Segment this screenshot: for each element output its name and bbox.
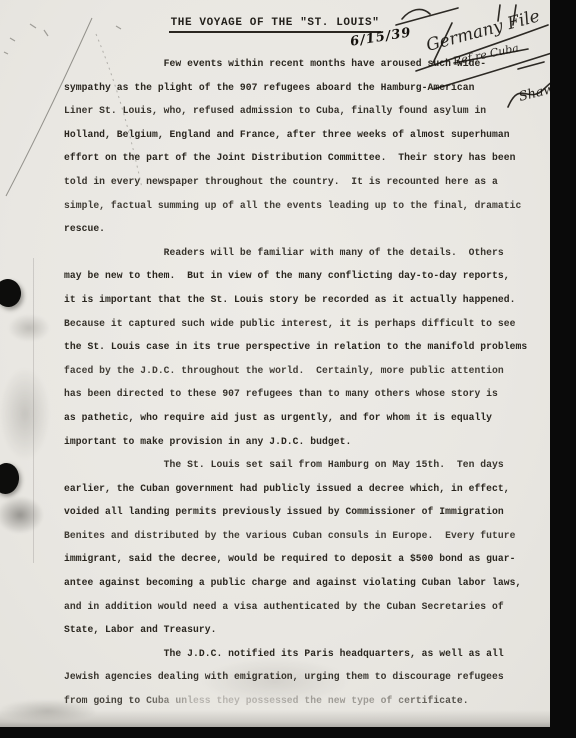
ink-smudge <box>0 496 44 534</box>
typed-line: antee against becoming a public charge a… <box>64 571 564 595</box>
typed-line: from going to Cuba unless they possessed… <box>64 689 564 713</box>
typed-line: voided all landing permits previously is… <box>64 500 564 524</box>
typed-line: important to make provision in any J.D.C… <box>64 430 564 454</box>
typed-line: State, Labor and Treasury. <box>64 618 564 642</box>
typed-line: faced by the J.D.C. throughout the world… <box>64 359 564 383</box>
paper-crease <box>33 258 34 563</box>
typed-line: Readers will be familiar with many of th… <box>64 241 564 265</box>
typed-line: simple, factual summing up of all the ev… <box>64 194 564 218</box>
typed-line: earlier, the Cuban government had public… <box>64 477 564 501</box>
typed-body: Few events within recent months have aro… <box>64 52 564 713</box>
handwritten-annotations: Germany File Ref re Cuba Shaw <box>330 0 576 150</box>
typed-line: and in addition would need a visa authen… <box>64 595 564 619</box>
typed-line: it is important that the St. Louis story… <box>64 288 564 312</box>
typed-line: The J.D.C. notified its Paris headquarte… <box>64 642 564 666</box>
scan-edge-right <box>550 0 576 738</box>
scanned-document-page: THE VOYAGE OF THE "ST. LOUIS" 6/15/39 Ge… <box>0 0 576 738</box>
typed-line: rescue. <box>64 217 564 241</box>
scan-edge-bottom <box>0 727 576 738</box>
ink-smudge <box>8 314 50 342</box>
hole-punch <box>0 462 21 496</box>
typed-line: immigrant, said the decree, would be req… <box>64 547 564 571</box>
typed-line: has been directed to these 907 refugees … <box>64 382 564 406</box>
typed-line: Jewish agencies dealing with emigration,… <box>64 665 564 689</box>
typed-line: the St. Louis case in its true perspecti… <box>64 335 564 359</box>
typed-line: The St. Louis set sail from Hamburg on M… <box>64 453 564 477</box>
hole-punch <box>0 277 23 308</box>
typed-line: Benites and distributed by the various C… <box>64 524 564 548</box>
typed-line: Because it captured such wide public int… <box>64 312 564 336</box>
typed-line: as pathetic, who require aid just as urg… <box>64 406 564 430</box>
ink-smudge <box>0 368 50 460</box>
typed-line: may be new to them. But in view of the m… <box>64 264 564 288</box>
typed-line: told in every newspaper throughout the c… <box>64 170 564 194</box>
